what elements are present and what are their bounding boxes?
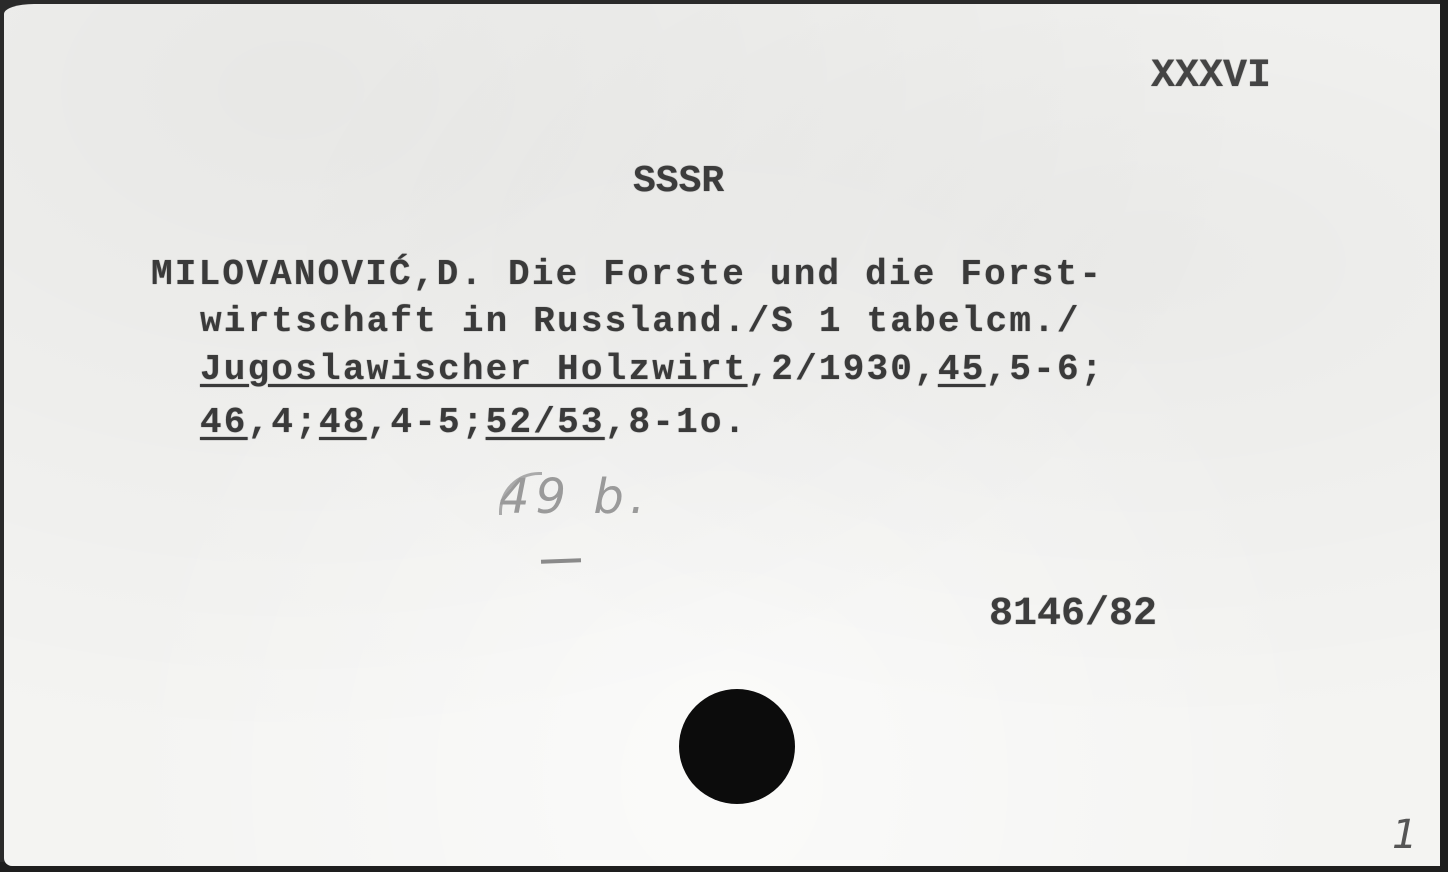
underlined-citation-segment: 45 (938, 349, 986, 390)
underlined-citation-segment: 52/53 (486, 402, 605, 443)
underlined-citation-segment: 48 (319, 402, 367, 443)
citation-line-2: wirtschaft in Russland./S 1 tabelcm./ (200, 301, 1081, 342)
citation-line-3: Jugoslawischer Holzwirt,2/1930,45,5-6; (200, 349, 1105, 390)
handwritten-note: 49 b. (499, 469, 651, 525)
catalog-card: XXXVI SSSR MILOVANOVIĆ,D. Die Forste und… (4, 4, 1440, 866)
citation-segment: ,4; (248, 402, 319, 443)
card-edge-right (1440, 0, 1448, 872)
citation-line-4: 46,4;48,4-5;52/53,8-1o. (200, 402, 748, 443)
corner-pencil-mark: 1 (1392, 812, 1417, 858)
underlined-citation-segment: 46 (200, 402, 248, 443)
pencil-underline-mark (541, 558, 581, 563)
underlined-citation-segment: Jugoslawischer Holzwirt (200, 349, 747, 390)
accession-number: 8146/82 (989, 592, 1157, 637)
punch-hole-icon (679, 689, 795, 804)
citation-segment: ,5-6; (986, 349, 1105, 390)
citation-segment: MILOVANOVIĆ,D. Die Forste und die Forst- (151, 254, 1103, 295)
subject-heading: SSSR (633, 160, 724, 203)
citation-segment: ,8-1o. (605, 402, 748, 443)
citation-line-1: MILOVANOVIĆ,D. Die Forste und die Forst- (151, 254, 1103, 295)
page-number: XXXVI (1151, 54, 1271, 99)
citation-segment: ,4-5; (367, 402, 486, 443)
citation-segment: wirtschaft in Russland./S 1 tabelcm./ (200, 301, 1081, 342)
citation-segment: ,2/1930, (747, 349, 937, 390)
